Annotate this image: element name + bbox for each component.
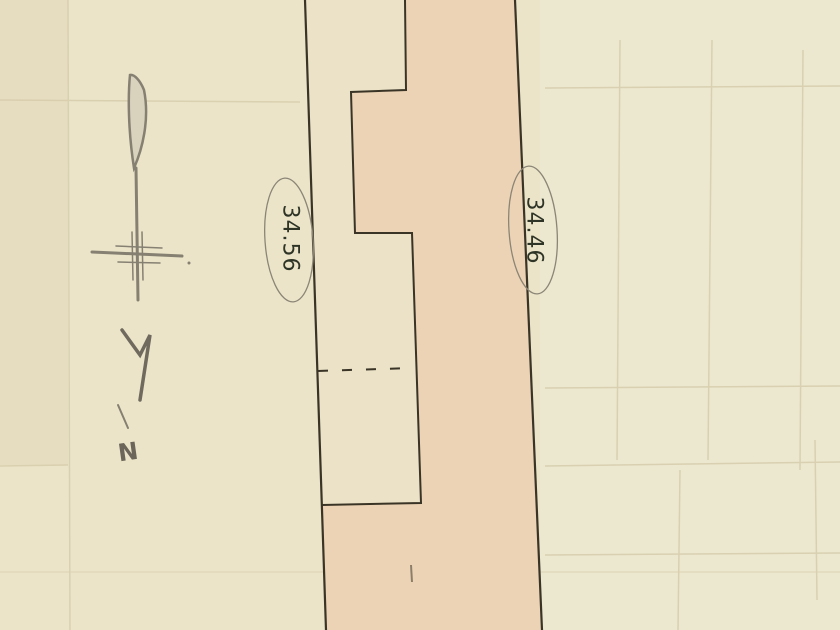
north-arrow-icon xyxy=(92,75,191,428)
survey-plan: 34.56 34.46 N xyxy=(0,0,840,630)
north-label: N xyxy=(116,437,140,468)
left-boundary-dimension-label: 34.56 xyxy=(277,205,302,273)
pencil-tick xyxy=(411,565,412,582)
plan-drawing xyxy=(0,0,840,630)
right-boundary-dimension-label: 34.46 xyxy=(521,197,546,265)
